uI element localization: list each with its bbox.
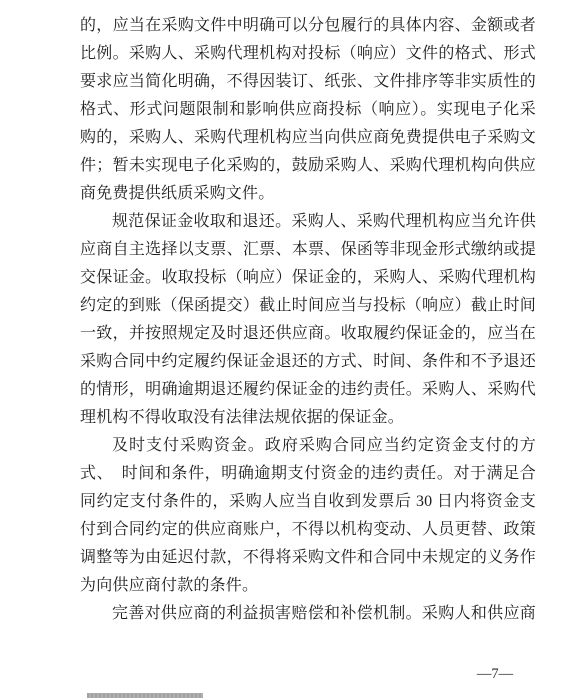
- text-line: 的情形，明确逾期退还履约保证金的违约责任。采购人、采购代: [80, 376, 536, 404]
- text-line: 规范保证金收取和退还。采购人、采购代理机构应当允许供: [80, 208, 536, 236]
- text-line: 应商自主选择以支票、汇票、本票、保函等非现金形式缴纳或提: [80, 236, 536, 264]
- text-line: 式、 时间和条件，明确逾期支付资金的违约责任。对于满足合: [80, 460, 536, 488]
- text-line: 为向供应商付款的条件。: [80, 572, 536, 600]
- text-line: 及时支付采购资金。政府采购合同应当约定资金支付的方: [80, 432, 536, 460]
- text-line: 调整等为由延迟付款，不得将采购文件和合同中未规定的义务作: [80, 544, 536, 572]
- text-line: 比例。采购人、采购代理机构对投标（响应）文件的格式、形式: [80, 40, 536, 68]
- text-line: 要求应当简化明确，不得因装订、纸张、文件排序等非实质性的: [80, 68, 536, 96]
- text-line: 完善对供应商的利益损害赔偿和补偿机制。采购人和供应商: [80, 600, 536, 628]
- text-line: 约定的到账（保函提交）截止时间应当与投标（响应）截止时间: [80, 292, 536, 320]
- text-line: 购的，采购人、采购代理机构应当向供应商免费提供电子采购文: [80, 124, 536, 152]
- text-line: 付到合同约定的供应商账户，不得以机构变动、人员更替、政策: [80, 516, 536, 544]
- text-line: 一致，并按照规定及时退还供应商。收取履约保证金的，应当在: [80, 320, 536, 348]
- text-line: 商免费提供纸质采购文件。: [80, 180, 536, 208]
- text-line: 的，应当在采购文件中明确可以分包履行的具体内容、金额或者: [80, 12, 536, 40]
- text-line: 同约定支付条件的，采购人应当自收到发票后 30 日内将资金支: [80, 488, 536, 516]
- text-line: 采购合同中约定履约保证金退还的方式、时间、条件和不予退还: [80, 348, 536, 376]
- document-page: 的，应当在采购文件中明确可以分包履行的具体内容、金额或者比例。采购人、采购代理机…: [0, 0, 587, 698]
- page-number: —7—: [477, 666, 513, 682]
- text-line: 理机构不得收取没有法律法规依据的保证金。: [80, 404, 536, 432]
- text-line: 交保证金。收取投标（响应）保证金的，采购人、采购代理机构: [80, 264, 536, 292]
- document-body: 的，应当在采购文件中明确可以分包履行的具体内容、金额或者比例。采购人、采购代理机…: [80, 12, 536, 628]
- text-line: 格式、形式问题限制和影响供应商投标（响应）。实现电子化采: [80, 96, 536, 124]
- page-footer: —7—: [455, 665, 535, 683]
- text-line: 件；暂未实现电子化采购的，鼓励采购人、采购代理机构向供应: [80, 152, 536, 180]
- scan-artifact-bar: [87, 693, 203, 698]
